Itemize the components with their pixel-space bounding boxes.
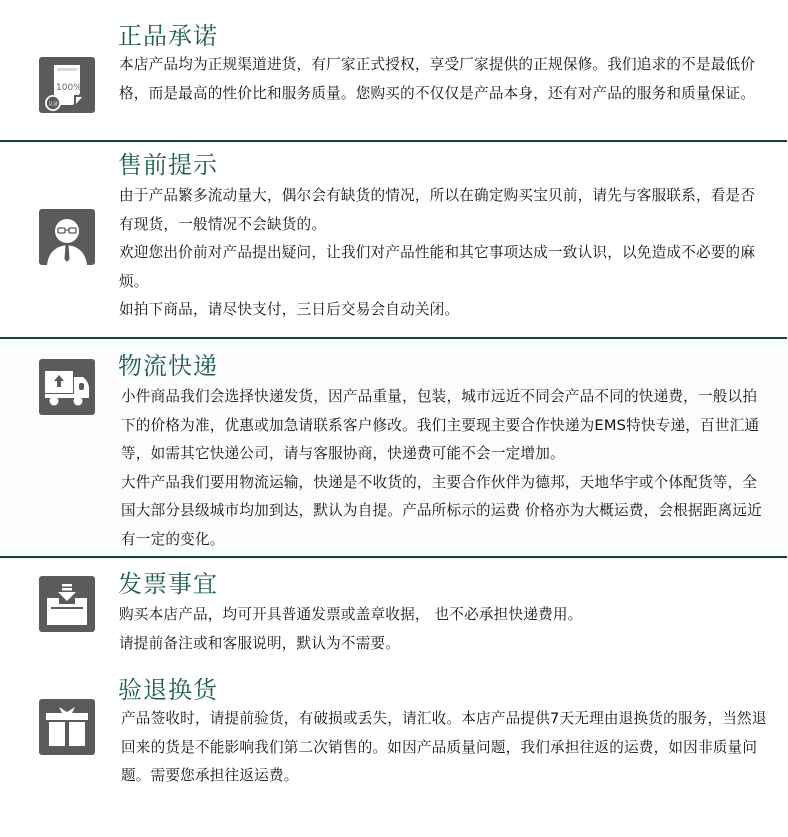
section-title: 正品承诺 [118,21,218,51]
customer-service-person-icon [39,209,95,265]
section-body: 由于产品繁多流动量大，偶尔会有缺货的情况，所以在确定购买宝贝前，请先与客服联系，… [119,182,769,325]
section-body: 小件商品我们会选择快递发货，因产品重量，包装，城市远近不同会产品不同的快递费，一… [121,383,771,554]
paragraph: 请提前备注或和客服说明，默认为不需要。 [119,630,769,659]
section-logistics: 物流快递 小件商品我们会选择快递发货，因产品重量，包装，城市远近不同会产品不同的… [0,339,788,557]
delivery-truck-icon [39,359,95,415]
svg-text:100%: 100% [56,83,82,93]
section-returns-exchange: 验退换货 产品签收时，请提前验货，有破损或丢失，请汇收。本店产品提供7天无理由退… [0,668,788,837]
invoice-inbox-download-icon [39,576,95,632]
section-genuine-promise: 100% 认证 正品承诺 本店产品均为正规渠道进货，有厂家正式授权，享受厂家提供… [0,0,788,141]
paragraph: 欢迎您出价前对产品提出疑问，让我们对产品性能和其它事项达成一致认识，以免造成不必… [119,239,769,296]
section-title: 售前提示 [118,150,218,180]
section-title: 物流快递 [118,351,218,381]
paragraph: 大件产品我们要用物流运输，快递是不收货的，主要合作伙伴为德邦，天地华宇或个体配货… [121,469,771,555]
paragraph: 本店产品均为正规渠道进货，有厂家正式授权，享受厂家提供的正规保修。我们追求的不是… [119,51,769,108]
paragraph: 小件商品我们会选择快递发货，因产品重量，包装，城市远近不同会产品不同的快递费，一… [121,383,771,469]
paragraph: 如拍下商品，请尽快支付，三日后交易会自动关闭。 [119,296,769,325]
section-title: 验退换货 [118,675,218,705]
svg-text:认证: 认证 [48,100,58,107]
section-body: 本店产品均为正规渠道进货，有厂家正式授权，享受厂家提供的正规保修。我们追求的不是… [119,51,769,108]
section-title: 发票事宜 [118,569,218,599]
gift-box-icon [39,699,95,755]
section-presale-notice: 售前提示 由于产品繁多流动量大，偶尔会有缺货的情况，所以在确定购买宝贝前，请先与… [0,142,788,338]
paragraph: 由于产品繁多流动量大，偶尔会有缺货的情况，所以在确定购买宝贝前，请先与客服联系，… [119,182,769,239]
section-body: 购买本店产品，均可开具普通发票或盖章收据， 也不必承担快递费用。 请提前备注或和… [119,601,769,658]
certificate-100-percent-icon: 100% 认证 [39,57,95,113]
paragraph: 购买本店产品，均可开具普通发票或盖章收据， 也不必承担快递费用。 [119,601,769,630]
paragraph: 产品签收时，请提前验货，有破损或丢失，请汇收。本店产品提供7天无理由退换货的服务… [121,705,771,791]
section-body: 产品签收时，请提前验货，有破损或丢失，请汇收。本店产品提供7天无理由退换货的服务… [121,705,771,791]
section-invoice: 发票事宜 购买本店产品，均可开具普通发票或盖章收据， 也不必承担快递费用。 请提… [0,558,788,668]
